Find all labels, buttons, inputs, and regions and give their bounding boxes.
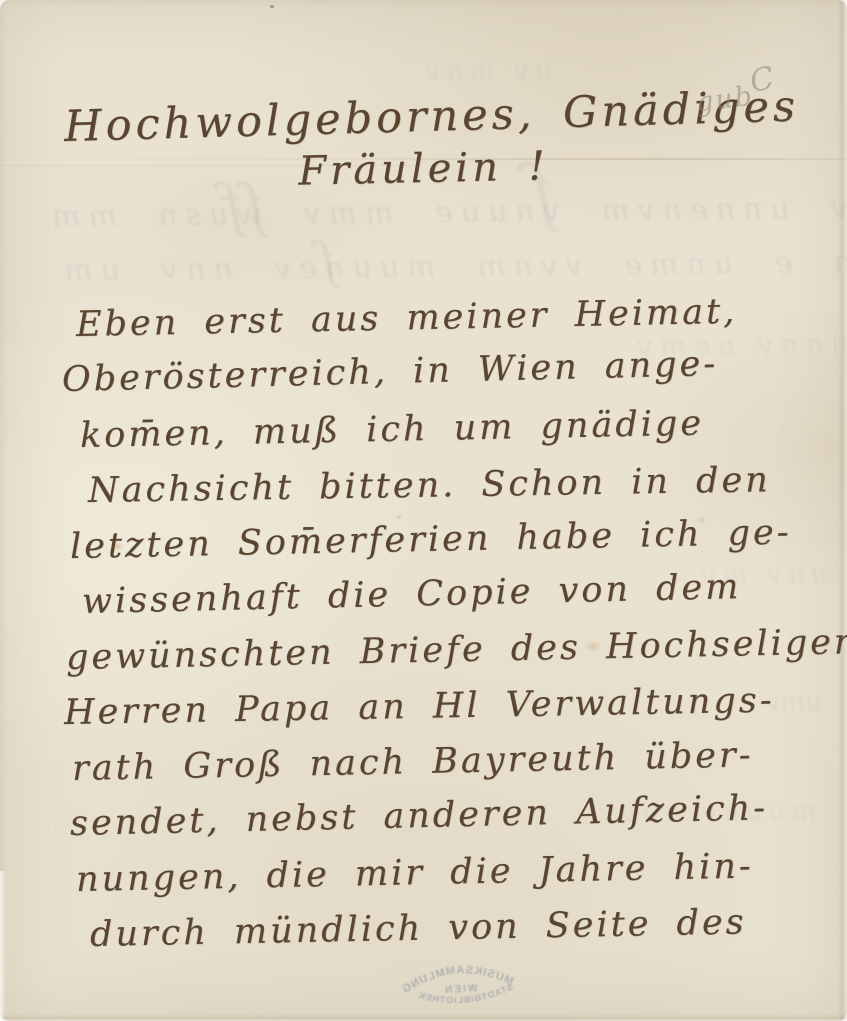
bleed-through-fragment: ſ: [318, 232, 337, 290]
letter-line: sendet, nebst anderen Aufzeich-: [70, 788, 769, 844]
letter-page: mm nmuv unnenvm vnuue mmv wusn mm nuuv n…: [0, 0, 847, 1021]
paper-speck: [270, 5, 274, 8]
letter-line: wissenhaft die Copie von dem: [82, 567, 742, 622]
letter-line: durch mündlich von Seite des: [90, 902, 747, 955]
letter-line: gewünschten Briefe des Hochseligen: [66, 622, 847, 678]
letter-line: letzten Som̄erferien habe ich ge-: [70, 513, 792, 567]
letter-line: Nachsicht bitten. Schon in den: [88, 460, 771, 511]
letter-line: kom̄en, muß ich um gnädige: [80, 403, 705, 456]
library-stamp: MUSIKSAMMLUNG WIEN STADTBIBLIOTHEK: [392, 949, 527, 1018]
letter-line: Herren Papa an Hl Verwaltungs-: [64, 681, 775, 733]
bleed-through-fragment: uv mnv: [420, 55, 552, 86]
bleed-through-fragment: nuuv numn e unme vvnm muunev nnv um: [56, 243, 847, 289]
letter-line: nungen, die mir die Jahre hin-: [76, 846, 754, 900]
letter-line: rath Groß nach Bayreuth über-: [72, 735, 754, 789]
paper-edge-left: [0, 871, 6, 1021]
letter-line: Oberösterreich, in Wien ange-: [62, 344, 719, 400]
foxing-spot: [395, 514, 403, 520]
scan-canvas: mm nmuv unnenvm vnuue mmv wusn mm nuuv n…: [0, 0, 847, 1021]
